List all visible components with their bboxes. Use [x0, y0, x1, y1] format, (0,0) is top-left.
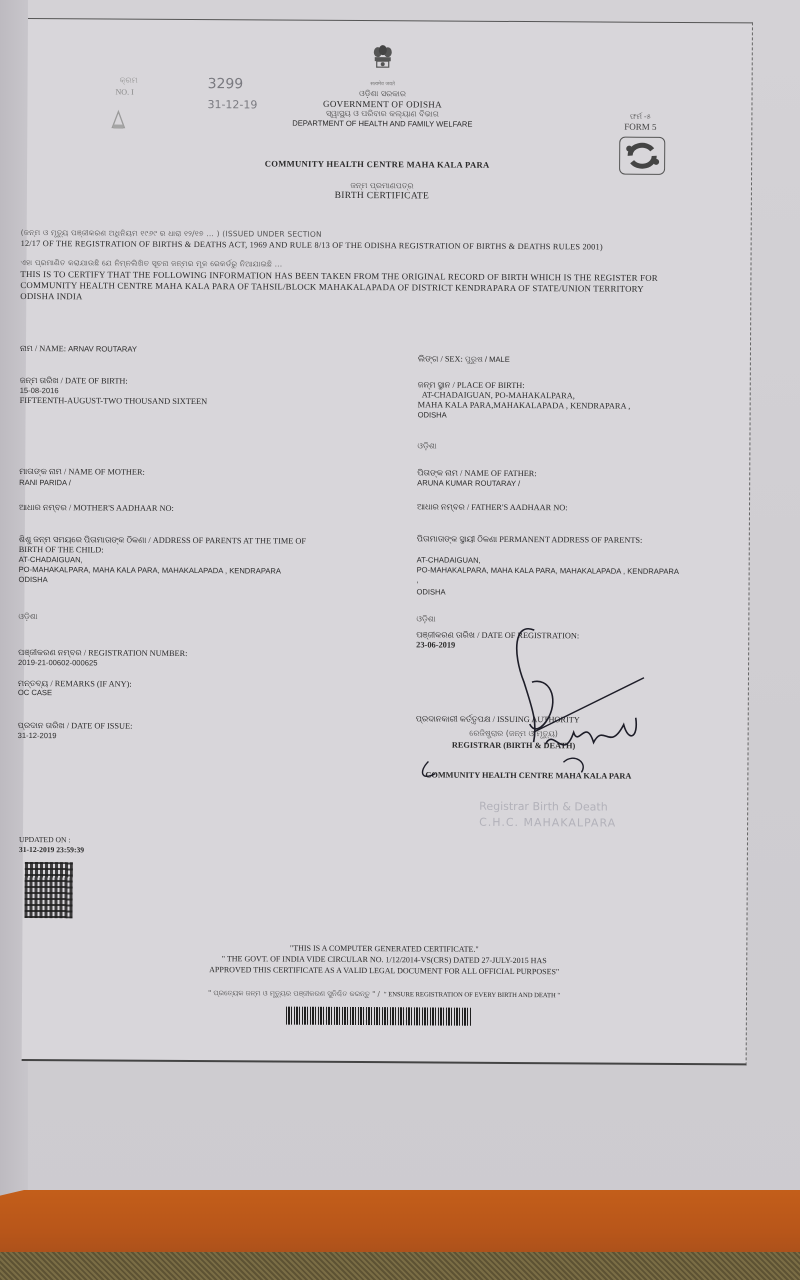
slogan-odia: " ପ୍ରତ୍ୟେକ ଜନ୍ମ ଓ ମୃତ୍ୟୁର ପଞ୍ଜୀକରଣ ସୁନିଶ… [208, 989, 380, 998]
birth-address-line-3: ODISHA [19, 575, 48, 585]
serial-label: NO. I [116, 88, 134, 97]
permanent-address-line-3: , [417, 575, 419, 585]
orange-folder [0, 1190, 800, 1260]
remarks-value: OC CASE [18, 688, 52, 698]
place-of-birth-line-3: ODISHA [418, 410, 447, 420]
sex-label: ଲିଙ୍ଗ / SEX: [418, 354, 463, 363]
updated-timestamp: 31-12-2019 23:59:39 [19, 844, 84, 855]
emblem-motto: सत्यमेव जयते [353, 81, 413, 87]
crs-logo-icon [619, 137, 665, 175]
permanent-address-label: ପିତାମାତାଙ୍କ ସ୍ଥାୟୀ ଠିକଣା PERMANENT ADDRE… [417, 533, 643, 545]
national-emblem-icon [368, 43, 398, 81]
mother-name: RANI PARIDA / [19, 478, 71, 488]
birth-address-label-2: BIRTH OF THE CHILD: [19, 544, 104, 556]
permanent-address-line-1: AT-CHADAIGUAN, [417, 555, 481, 565]
stamp-line-2: C.H.C. MAHAKALPARA [479, 816, 616, 830]
certify-odia: ଏହା ପ୍ରମାଣିତ କରାଯାଉଛି ଯେ ନିମ୍ନଲିଖିତ ସୂଚନ… [20, 257, 282, 270]
form-odia: ଫର୍ମ -୫ [615, 113, 665, 122]
registration-number: 2019-21-00602-000625 [18, 658, 97, 668]
handwritten-date: 31-12-19 [207, 98, 257, 111]
form-number: FORM 5 [615, 122, 665, 132]
sex-value: / MALE [485, 355, 510, 364]
hologram-icon [109, 109, 127, 131]
left-state-odia: ଓଡ଼ିଶା [18, 612, 37, 622]
right-state-odia-1: ଓଡ଼ିଶା [417, 441, 436, 451]
legal-act: 12/17 OF THE REGISTRATION OF BIRTHS & DE… [21, 238, 603, 253]
birth-address-line-1: AT-CHADAIGUAN, [19, 555, 83, 565]
permanent-address-line-2: PO-MAHAKALPARA, MAHA KALA PARA, MAHAKALA… [417, 565, 679, 577]
place-of-birth-line-2: MAHA KALA PARA,MAHAKALAPADA , KENDRAPARA… [418, 400, 631, 411]
issue-date-label: ପ୍ରଦାନ ତାରିଖ / DATE OF ISSUE: [18, 720, 133, 732]
dob-label: ଜନ୍ମ ତାରିଖ / DATE OF BIRTH: [20, 375, 128, 387]
signature [413, 611, 654, 782]
stamp-line-1: Registrar Birth & Death [479, 800, 608, 814]
father-aadhaar-label: ଆଧାର ନମ୍ବର / FATHER'S AADHAAR NO: [417, 501, 568, 513]
dept-title: DEPARTMENT OF HEALTH AND FAMILY WELFARE [257, 118, 507, 129]
dob-words: FIFTEENTH-AUGUST-TWO THOUSAND SIXTEEN [20, 396, 208, 407]
permanent-address-line-4: ODISHA [416, 587, 445, 597]
certify-line-3: ODISHA INDIA [20, 291, 82, 302]
birth-address-line-2: PO-MAHAKALPARA, MAHA KALA PARA, MAHAKALA… [19, 565, 281, 577]
document-title: BIRTH CERTIFICATE [257, 190, 507, 202]
serial-odia: କ୍ରମ [120, 76, 138, 86]
handwritten-number: 3299 [208, 76, 244, 92]
father-name-label: ପିତାଙ୍କ ନାମ / NAME OF FATHER: [417, 467, 537, 479]
slogan: " ENSURE REGISTRATION OF EVERY BIRTH AND… [384, 991, 560, 999]
name-label: ନାମ / NAME: [20, 344, 66, 353]
mother-name-label: ମାତାଙ୍କ ନାମ / NAME OF MOTHER: [19, 466, 145, 478]
centre-name: COMMUNITY HEALTH CENTRE MAHA KALA PARA [207, 158, 547, 170]
carpet-surface [0, 1252, 800, 1280]
mother-aadhaar-label: ଆଧାର ନମ୍ବର / MOTHER'S AADHAAR NO: [19, 502, 174, 514]
barcode [286, 1007, 472, 1026]
issue-date: 31-12-2019 [18, 731, 57, 741]
dob-value: 15-08-2016 [20, 386, 59, 396]
father-name: ARUNA KUMAR ROUTARAY / [417, 478, 520, 489]
sex-value-odia: ପୁରୁଷ [465, 355, 483, 364]
place-of-birth-label: ଜନ୍ମ ସ୍ଥାନ / PLACE OF BIRTH: [418, 379, 525, 391]
birth-certificate: କ୍ରମ NO. I 3299 31-12-19 सत्यमेव जयते ଓଡ… [22, 18, 753, 1065]
child-name: ARNAV ROUTARAY [68, 344, 137, 353]
qr-code [25, 862, 73, 918]
